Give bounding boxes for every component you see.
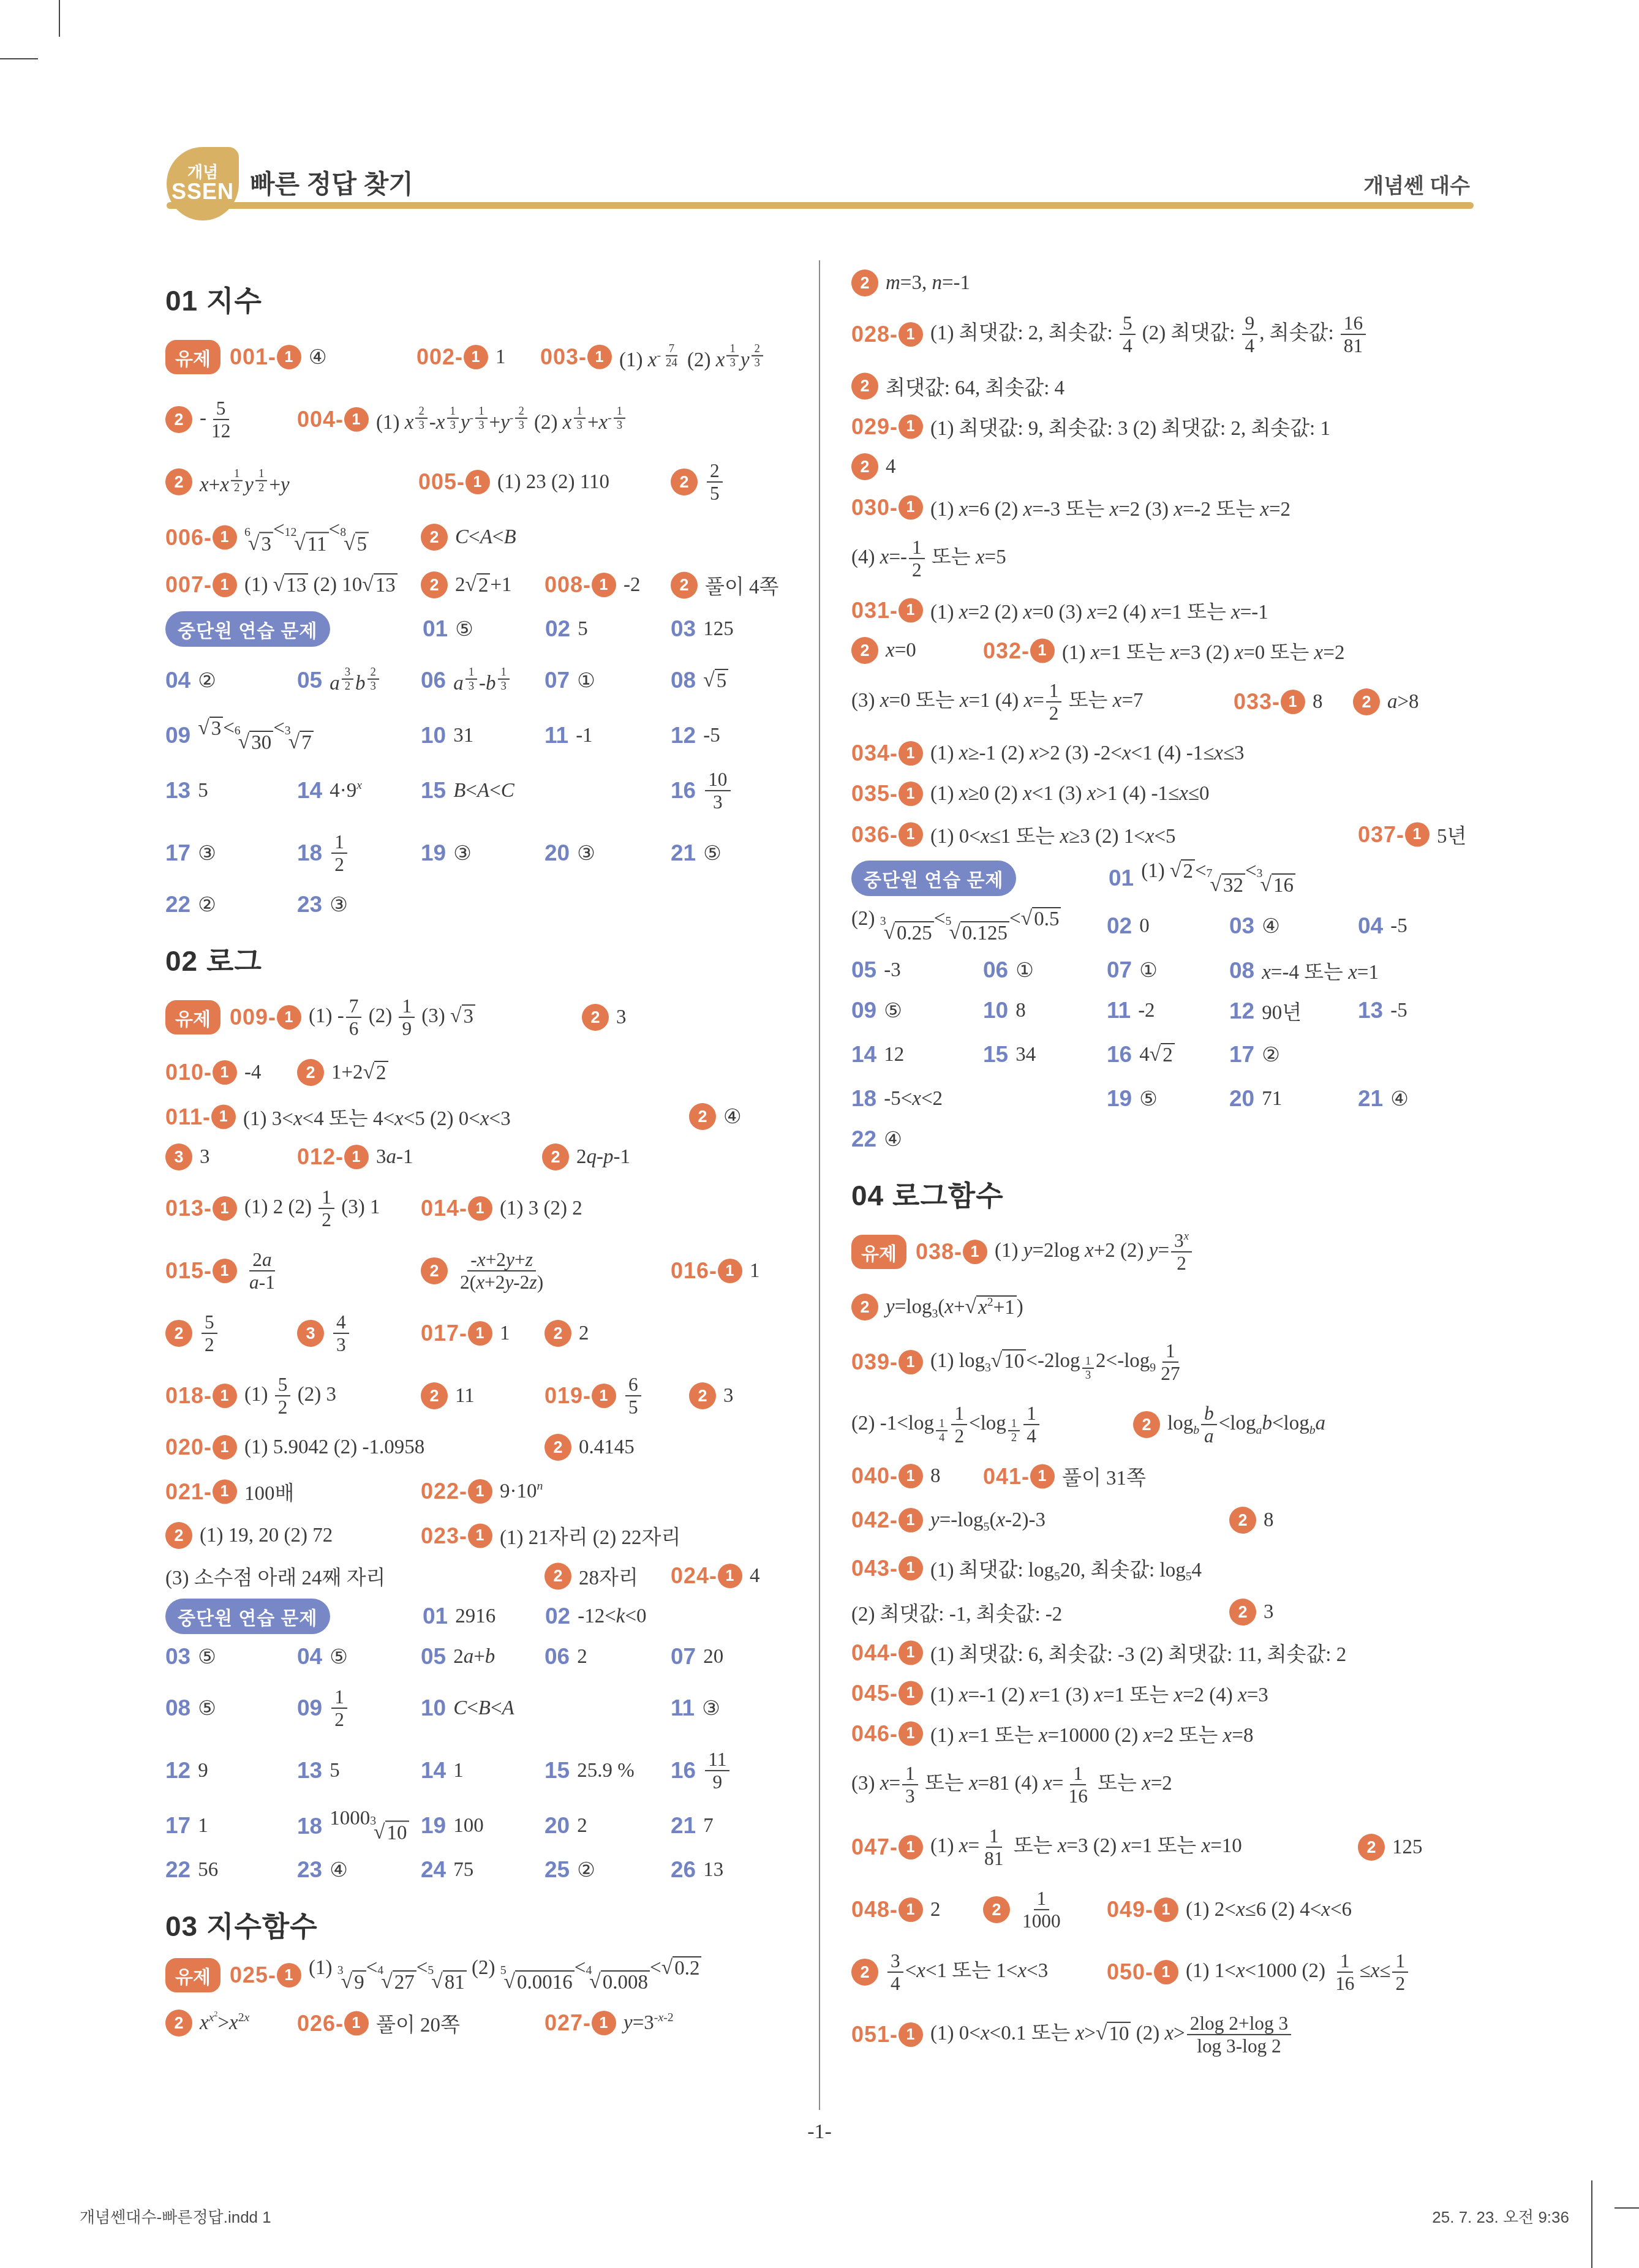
answer-item: 2x+x12y12+y <box>165 467 290 497</box>
answer-text: 25 <box>705 460 725 504</box>
question-number: 05 <box>851 957 876 983</box>
answer-row: 043-1(1) 최댓값: log520, 최솟값: log54 <box>851 1551 1510 1585</box>
problem-sub-circle: 1 <box>899 1556 923 1580</box>
answer-item: 217 <box>671 1813 714 1839</box>
answer-text: 9 <box>198 1760 208 1782</box>
answer-row: 234<x<1 또는 1<x<3050-1(1) 1<x<1000 (2) 11… <box>851 1948 1510 1997</box>
answer-text: (1) x=181 또는 x=3 (2) x=1 또는 x=10 <box>930 1825 1242 1869</box>
answer-item: 04② <box>165 668 216 693</box>
answer-text: ⑤ <box>198 1644 216 1669</box>
answer-row: 09⑤10811-21290년13-5 <box>851 997 1510 1024</box>
column-divider <box>819 260 820 2110</box>
answer-text: 1 <box>500 1322 510 1345</box>
answer-item: 029-1(1) 최댓값: 9, 최솟값: 3 (2) 최댓값: 2, 최솟값:… <box>851 412 1330 441</box>
answer-row: 031-1(1) x=2 (2) x=0 (3) x=2 (4) x=1 또는 … <box>851 597 1510 624</box>
problem-number: 045-1 <box>851 1680 923 1706</box>
sub-answer-circle: 2 <box>671 571 698 598</box>
answer-item: 0912 <box>297 1686 349 1730</box>
answer-text: 65 <box>624 1374 643 1418</box>
answer-row: 2x+x12y12+y005-1(1) 23 (2) 110225 <box>165 458 824 507</box>
answer-row: 015-12aa-12-x+2y+z2(x+2y-2z)016-11 <box>165 1246 824 1295</box>
question-number: 03 <box>165 1644 190 1670</box>
answers-column-right: 2m=3, n=-1028-1(1) 최댓값: 2, 최솟값: 54 (2) 최… <box>851 269 1510 2073</box>
answer-row: 22④ <box>851 1126 1510 1153</box>
answer-text: 31 <box>453 725 473 747</box>
question-number: 08 <box>1229 957 1254 983</box>
answer-row: 18-5<x<219⑤207121④ <box>851 1085 1510 1112</box>
answer-item: 05-3 <box>851 957 901 983</box>
problem-number: 034-1 <box>851 740 923 766</box>
answer-text: (1) 최댓값: 2, 최솟값: 54 (2) 최댓값: 94, 최솟값: 16… <box>930 312 1368 356</box>
answer-item: 032-1(1) x=1 또는 x=3 (2) x=0 또는 x=2 <box>983 636 1344 665</box>
problem-sub-circle: 1 <box>899 782 923 806</box>
answer-text: (1) y=2log x+2 (2) y=3x2 <box>995 1230 1194 1274</box>
problem-sub-circle: 1 <box>592 1384 616 1408</box>
answer-row: 042-1y=-log5(x-2)-328 <box>851 1503 1510 1537</box>
question-number: 15 <box>983 1042 1008 1068</box>
question-number: 06 <box>983 957 1008 983</box>
problem-number: 050-1 <box>1107 1959 1178 1985</box>
answer-item: 12-5 <box>671 723 720 748</box>
question-number: 12 <box>671 723 696 748</box>
sub-answer-circle: 2 <box>851 637 878 664</box>
answer-text: 2aa-1 <box>244 1249 280 1293</box>
answer-text: -2 <box>624 574 641 597</box>
problem-number: 017-1 <box>421 1320 492 1346</box>
answer-text: 8 <box>1313 691 1323 714</box>
question-number: 16 <box>671 778 696 804</box>
sub-answer-circle: 2 <box>544 1434 571 1461</box>
problem-sub-circle: 1 <box>1154 1960 1178 1984</box>
answer-item: 1412 <box>851 1042 904 1068</box>
question-number: 21 <box>671 840 696 866</box>
answer-text: 125 <box>1392 1836 1423 1859</box>
answer-text: (1) 최댓값: 9, 최솟값: 3 (2) 최댓값: 2, 최솟값: 1 <box>930 412 1330 441</box>
section-title: 01 지수 <box>165 279 824 319</box>
problem-sub-circle: 1 <box>465 470 490 494</box>
answer-row: 2y=log3(x+√x2+1) <box>851 1290 1510 1324</box>
answer-row: (2) 3√0.25<5√0.125<√0.502003④04-5 <box>851 909 1510 943</box>
problem-sub-circle: 1 <box>899 322 923 347</box>
answer-item: 10C<B<A <box>421 1695 514 1721</box>
print-timestamp: 25. 7. 23. 오전 9:36 <box>1432 2205 1569 2228</box>
answer-item: 22q-p-1 <box>542 1143 630 1170</box>
answer-item: 07① <box>544 668 595 693</box>
answer-row: 33012-13a-122q-p-1 <box>165 1143 824 1170</box>
problem-number: 030-1 <box>851 494 923 520</box>
answer-row: 045-1(1) x=-1 (2) x=1 (3) x=1 또는 x=2 (4)… <box>851 1679 1510 1706</box>
answer-text: (1) 52 (2) 3 <box>244 1374 336 1418</box>
problem-number: 046-1 <box>851 1720 923 1746</box>
question-number: 20 <box>544 840 570 866</box>
problem-sub-circle: 1 <box>899 741 923 766</box>
answer-text: 3 <box>1264 1601 1274 1624</box>
sub-answer-circle: 2 <box>165 406 192 433</box>
question-number: 14 <box>297 778 322 804</box>
answer-item: 045-1(1) x=-1 (2) x=1 (3) x=1 또는 x=2 (4)… <box>851 1679 1268 1708</box>
answer-text: logbba<logab<logba <box>1167 1403 1325 1447</box>
sub-answer-circle: 2 <box>421 1382 448 1409</box>
answer-item: 008-1-2 <box>544 572 641 598</box>
answer-row: 044-1(1) 최댓값: 6, 최솟값: -3 (2) 최댓값: 11, 최솟… <box>851 1639 1510 1666</box>
answer-text: ① <box>1139 958 1158 982</box>
problem-sub-circle: 1 <box>464 345 488 369</box>
answer-text: 56 <box>198 1859 218 1882</box>
answer-text: √5 <box>703 669 728 693</box>
answer-row: 020-1(1) 5.9042 (2) -1.095820.4145 <box>165 1434 824 1461</box>
answer-row: 034-1(1) x≥-1 (2) x>2 (3) -2<x<1 (4) -1≤… <box>851 740 1510 767</box>
answer-row: 225623④247525②2613 <box>165 1856 824 1883</box>
answer-item: (3) x=13 또는 x=81 (4) x=116 또는 x=2 <box>851 1763 1172 1807</box>
answer-row: 유제001-1④002-11003-1(1) x-724 (2) x13y23 <box>165 333 824 382</box>
answer-text: 4 <box>886 456 896 478</box>
answer-item: 중단원 연습 문제 <box>165 1599 330 1634</box>
answer-item: 228자리 <box>544 1562 638 1591</box>
answer-text: 11000 <box>1017 1888 1066 1932</box>
answer-item: 009-1(1) -76 (2) 19 (3) √3 <box>230 995 475 1039</box>
answer-text: xx2>x2x <box>200 2012 249 2035</box>
problem-sub-circle: 1 <box>468 1479 492 1504</box>
question-number: 14 <box>851 1042 876 1068</box>
answer-text: 1 <box>198 1815 208 1837</box>
answer-item: 011-1(1) 3<x<4 또는 4<x<5 (2) 0<x<3 <box>165 1102 511 1131</box>
answer-text: (1) x=-1 (2) x=1 (3) x=1 또는 x=2 (4) x=3 <box>930 1679 1268 1708</box>
problem-sub-circle: 1 <box>1405 822 1430 846</box>
answer-item: 2256 <box>165 1857 218 1883</box>
answer-item: 026-1풀이 20쪽 <box>297 2009 460 2038</box>
answer-row: 2-512004-1(1) x23-x13y-13+y-23 (2) x13+x… <box>165 395 824 444</box>
answer-item: 2071 <box>1229 1086 1282 1112</box>
answer-text: (1) x=1 또는 x=3 (2) x=0 또는 x=2 <box>1062 636 1344 665</box>
answer-text: a13-b13 <box>453 666 511 695</box>
answer-text: -1 <box>576 725 593 747</box>
answer-text: -x+2y+z2(x+2y-2z) <box>455 1249 548 1293</box>
answer-item: 039-1(1) log3√10<-2log132<-log9127 <box>851 1340 1185 1384</box>
answer-item: 031-1(1) x=2 (2) x=0 (3) x=2 (4) x=1 또는 … <box>851 596 1268 625</box>
answer-row: 03⑤04⑤052a+b0620720 <box>165 1643 824 1670</box>
answer-row: 036-1(1) 0<x≤1 또는 x≥3 (2) 1<x<5037-15년 <box>851 821 1510 848</box>
answer-item: 33 <box>165 1143 210 1170</box>
answer-item: 005-1(1) 23 (2) 110 <box>418 469 609 495</box>
answer-item: 023-1(1) 21자리 (2) 22자리 <box>421 1521 680 1550</box>
answer-item: 002-11 <box>416 344 506 370</box>
problem-number: 042-1 <box>851 1507 923 1533</box>
question-number: 03 <box>1229 913 1254 939</box>
answer-item: 16119 <box>671 1749 731 1793</box>
answer-row: (4) x=-12 또는 x=5 <box>851 534 1510 583</box>
problem-number: 004-1 <box>297 407 369 432</box>
problem-number: 007-1 <box>165 572 237 598</box>
answer-item: (2) -1<log1412<log1214 <box>851 1403 1041 1447</box>
answer-item: 252 <box>165 1311 219 1355</box>
question-number: 21 <box>671 1813 696 1839</box>
logo-top-text: 개념 <box>187 164 218 181</box>
sub-answer-circle: 2 <box>851 1294 878 1320</box>
crop-mark-bottom-v <box>1591 2180 1592 2268</box>
answer-row: 039-1(1) log3√10<-2log132<-log9127 <box>851 1338 1510 1387</box>
answer-item: 014-1(1) 3 (2) 2 <box>421 1196 582 1221</box>
answer-text: ③ <box>198 841 216 865</box>
answer-text: B<A<C <box>453 780 514 802</box>
problem-sub-circle: 1 <box>899 1508 923 1532</box>
answer-row: 007-1(1) √13 (2) 10√1322√2+1008-1-22풀이 4… <box>165 568 824 602</box>
answer-text: ⑤ <box>703 841 722 865</box>
answer-text: 119 <box>703 1749 731 1793</box>
answer-item: 2y=log3(x+√x2+1) <box>851 1294 1023 1320</box>
question-number: 17 <box>165 840 190 866</box>
sub-answer-circle: 2 <box>165 2010 192 2036</box>
answer-text: 71 <box>1262 1088 1282 1110</box>
answer-text: 12 <box>330 1686 349 1730</box>
answer-text: y=-log5(x-2)-3 <box>930 1509 1046 1532</box>
answer-text: 1+2√2 <box>331 1061 388 1085</box>
answer-item: 001-1④ <box>230 344 327 370</box>
answer-text: 2a+b <box>453 1646 495 1668</box>
answer-row: 14121534164√217② <box>851 1038 1510 1072</box>
problem-number: 024-1 <box>671 1563 742 1589</box>
practice-badge: 중단원 연습 문제 <box>165 611 330 647</box>
question-number: 06 <box>421 668 446 693</box>
header-rule <box>167 202 1474 209</box>
answer-item: 19100 <box>421 1813 484 1839</box>
ssen-logo: 개념 SSEN <box>167 147 239 220</box>
question-number: 09 <box>297 1695 322 1721</box>
question-number: 10 <box>421 1695 446 1721</box>
answer-item: (3) 소수점 아래 24째 자리 <box>165 1562 386 1591</box>
answer-text: 2916 <box>455 1605 495 1628</box>
answer-item: 020-1(1) 5.9042 (2) -1.0958 <box>165 1434 424 1460</box>
answer-item: 006-16√3<12√11<8√5 <box>165 519 369 556</box>
answer-item: 06a13-b13 <box>421 666 511 695</box>
answer-item: 01(1) √2<7√32<3√16 <box>1109 859 1295 897</box>
problem-sub-circle: 1 <box>211 1104 236 1129</box>
problem-number: 044-1 <box>851 1640 923 1665</box>
sub-answer-circle: 2 <box>165 469 192 495</box>
answer-row: 2최댓값: 64, 최솟값: 4 <box>851 372 1510 399</box>
problem-sub-circle: 1 <box>213 1384 237 1408</box>
problem-number: 022-1 <box>421 1479 492 1504</box>
answer-item: 25② <box>544 1857 595 1883</box>
question-number: 23 <box>297 892 322 917</box>
answer-item: 2x=0 <box>851 637 916 664</box>
answer-row: 중단원 연습 문제01(1) √2<7√32<3√16 <box>851 861 1510 895</box>
answer-item: 2logbba<logab<logba <box>1133 1403 1325 1447</box>
answer-row: 2x=0032-1(1) x=1 또는 x=3 (2) x=0 또는 x=2 <box>851 637 1510 664</box>
sub-answer-circle: 2 <box>689 1382 716 1409</box>
problem-number: 049-1 <box>1107 1897 1178 1923</box>
answer-text: (1) x=6 (2) x=-3 또는 x=2 (3) x=-2 또는 x=2 <box>930 493 1290 522</box>
answer-text: ④ <box>330 1858 348 1882</box>
problem-number: 013-1 <box>165 1196 237 1221</box>
answer-item: 07① <box>1107 957 1158 983</box>
question-number: 20 <box>544 1813 570 1839</box>
answer-text: 풀이 20쪽 <box>376 2009 460 2038</box>
sub-answer-circle: 2 <box>983 1896 1010 1923</box>
answer-text: 풀이 31쪽 <box>1062 1462 1146 1491</box>
problem-number: 038-1 <box>916 1239 987 1265</box>
answer-text: 5 <box>330 1760 340 1782</box>
answer-item: (2) 최댓값: -1, 최솟값: -2 <box>851 1598 1062 1627</box>
answer-item: 24 <box>851 453 896 480</box>
answer-item: 21+2√2 <box>297 1059 388 1086</box>
problem-number: 029-1 <box>851 413 923 439</box>
problem-number: 036-1 <box>851 821 923 847</box>
problem-sub-circle: 1 <box>899 1640 923 1665</box>
answer-text: 1 <box>453 1760 464 1782</box>
answer-item: 343 <box>297 1311 351 1355</box>
answer-item: 13-5 <box>1358 998 1407 1023</box>
answer-item: 08x=-4 또는 x=1 <box>1229 956 1379 985</box>
answer-text: -3 <box>884 959 901 982</box>
answer-row: 028-1(1) 최댓값: 2, 최솟값: 54 (2) 최댓값: 94, 최솟… <box>851 310 1510 359</box>
logo-bottom-text: SSEN <box>171 181 234 203</box>
sub-answer-circle: 2 <box>421 524 448 551</box>
answer-item: 19③ <box>421 840 472 866</box>
problem-sub-circle: 1 <box>963 1240 987 1264</box>
question-number: 02 <box>545 1603 570 1629</box>
answer-item: 2a>8 <box>1353 688 1419 715</box>
problem-number: 041-1 <box>983 1463 1055 1489</box>
problem-sub-circle: 1 <box>899 1350 923 1374</box>
answer-item: 22√2+1 <box>421 571 512 598</box>
answer-text: -5 <box>1390 1000 1407 1022</box>
answer-text: ④ <box>1390 1087 1409 1111</box>
answer-item: 21④ <box>1358 1086 1409 1112</box>
answer-item: 2풀이 4쪽 <box>671 571 778 600</box>
sub-answer-circle: 2 <box>851 453 878 480</box>
answer-text: ④ <box>723 1104 742 1129</box>
answer-text: -5 <box>1390 915 1407 938</box>
question-number: 01 <box>1109 865 1134 891</box>
problem-number: 047-1 <box>851 1834 923 1860</box>
problem-sub-circle: 1 <box>899 1835 923 1859</box>
sub-answer-circle: 2 <box>1358 1834 1385 1861</box>
sub-answer-circle: 3 <box>165 1143 192 1170</box>
answer-text: 6√3<12√11<8√5 <box>244 519 369 556</box>
problem-sub-circle: 1 <box>899 2022 923 2047</box>
problem-number: 009-1 <box>230 1004 301 1030</box>
answer-text: (3) x=13 또는 x=81 (4) x=116 또는 x=2 <box>851 1763 1172 1807</box>
answer-row: 018-1(1) 52 (2) 3211019-16523 <box>165 1371 824 1420</box>
problem-sub-circle: 1 <box>213 1259 237 1283</box>
sub-answer-circle: 2 <box>851 1959 878 1986</box>
answer-text: 12 <box>884 1044 904 1066</box>
answer-text: ② <box>1262 1042 1280 1067</box>
answer-text: (1) -76 (2) 19 (3) √3 <box>309 995 475 1039</box>
answer-item: 004-1(1) x23-x13y-13+y-23 (2) x13+x-13 <box>297 405 627 434</box>
section-title: 04 로그함수 <box>851 1174 1510 1214</box>
answer-item: 040-18 <box>851 1463 941 1489</box>
answer-item: 11-1 <box>544 723 593 748</box>
answer-item: (2) 3√0.25<5√0.125<√0.5 <box>851 907 1061 945</box>
answer-item: 28 <box>1229 1507 1274 1534</box>
sub-answer-circle: 2 <box>1353 688 1380 715</box>
sub-answer-circle: 2 <box>851 372 878 399</box>
sub-answer-circle: 2 <box>1133 1411 1160 1438</box>
question-number: 24 <box>421 1857 446 1883</box>
answer-text: (1) 2<x≤6 (2) 4<x<6 <box>1186 1899 1352 1921</box>
sub-answer-circle: 2 <box>165 1320 192 1347</box>
answer-text: m=3, n=-1 <box>886 272 970 295</box>
question-number: 18 <box>297 1813 322 1839</box>
answer-item: 유제 <box>165 340 220 374</box>
answer-item: 05a32b23 <box>297 666 381 695</box>
question-number: 21 <box>1358 1086 1383 1112</box>
problem-sub-circle: 1 <box>718 1259 742 1283</box>
problem-sub-circle: 1 <box>899 1721 923 1746</box>
sub-answer-circle: 2 <box>421 1257 448 1284</box>
answer-text: ③ <box>330 892 348 917</box>
answer-item: 03⑤ <box>165 1644 216 1670</box>
answer-text: (1) x=1 또는 x=10000 (2) x=2 또는 x=8 <box>930 1719 1253 1748</box>
question-number: 01 <box>423 1603 448 1629</box>
answer-item: 025-1(1) 3√9<4√27<5√81 (2) 5√0.0016<4√0.… <box>230 1956 701 1994</box>
answer-text: (2) 3√0.25<5√0.125<√0.5 <box>851 907 1061 945</box>
answer-item: 유제 <box>165 1958 220 1992</box>
answer-item: 1290년 <box>1229 996 1302 1025</box>
answer-item: 2m=3, n=-1 <box>851 269 970 296</box>
answer-text: 4√2 <box>1139 1043 1174 1067</box>
answer-text: 28자리 <box>579 1562 638 1591</box>
question-number: 04 <box>297 1644 322 1670</box>
problem-sub-circle: 1 <box>899 495 923 519</box>
question-number: 22 <box>165 892 190 917</box>
answer-row: 중단원 연습 문제01291602-12<k<0 <box>165 1603 824 1630</box>
answer-item: 038-1(1) y=2log x+2 (2) y=3x2 <box>916 1230 1194 1274</box>
sub-answer-circle: 2 <box>544 1320 571 1347</box>
problem-number: 018-1 <box>165 1383 237 1409</box>
answer-text: 2 <box>577 1815 587 1837</box>
question-number: 13 <box>1358 998 1383 1023</box>
answer-text: (1) x≥0 (2) x<1 (3) x>1 (4) -1≤x≤0 <box>930 783 1209 805</box>
answer-row: 유제009-1(1) -76 (2) 19 (3) √323 <box>165 993 824 1042</box>
problem-sub-circle: 1 <box>899 822 923 846</box>
answer-item: 144·9x <box>297 778 362 804</box>
problem-sub-circle: 1 <box>1281 690 1305 714</box>
answer-text: ④ <box>884 1127 902 1151</box>
problem-sub-circle: 1 <box>1154 1897 1178 1922</box>
problem-number: 010-1 <box>165 1060 237 1085</box>
answer-item: 171 <box>165 1813 208 1839</box>
answer-text: ⑤ <box>455 617 473 641</box>
question-number: 13 <box>297 1758 322 1784</box>
answer-text: y=3-x-2 <box>624 2012 674 2035</box>
answer-item: 09⑤ <box>851 998 902 1023</box>
question-number: 11 <box>671 1695 695 1721</box>
answer-text: ① <box>1015 958 1034 982</box>
problem-number: 012-1 <box>297 1144 369 1170</box>
answer-text: C<A<B <box>455 526 516 549</box>
problem-number: 026-1 <box>297 2010 369 2036</box>
answer-text: 125 <box>703 618 734 641</box>
question-number: 22 <box>165 1857 190 1883</box>
answer-text: 52 <box>200 1311 219 1355</box>
answer-item: 020 <box>1107 913 1150 939</box>
answer-text: a32b23 <box>330 666 381 695</box>
answer-text: x=0 <box>886 639 916 662</box>
question-number: 23 <box>297 1857 322 1883</box>
question-number: 03 <box>671 616 696 642</box>
answer-item: 유제 <box>851 1235 906 1269</box>
problem-number: 048-1 <box>851 1897 923 1923</box>
answer-row: 021-1100배022-19·10n <box>165 1474 824 1509</box>
problem-number: 011-1 <box>165 1104 236 1129</box>
question-number: 13 <box>165 778 190 804</box>
answer-item: 09√3<6√30<3√7 <box>165 717 314 755</box>
problem-sub-circle: 1 <box>592 573 616 597</box>
answer-text: (3) 소수점 아래 24째 자리 <box>165 1562 386 1591</box>
problem-sub-circle: 1 <box>468 1523 492 1548</box>
